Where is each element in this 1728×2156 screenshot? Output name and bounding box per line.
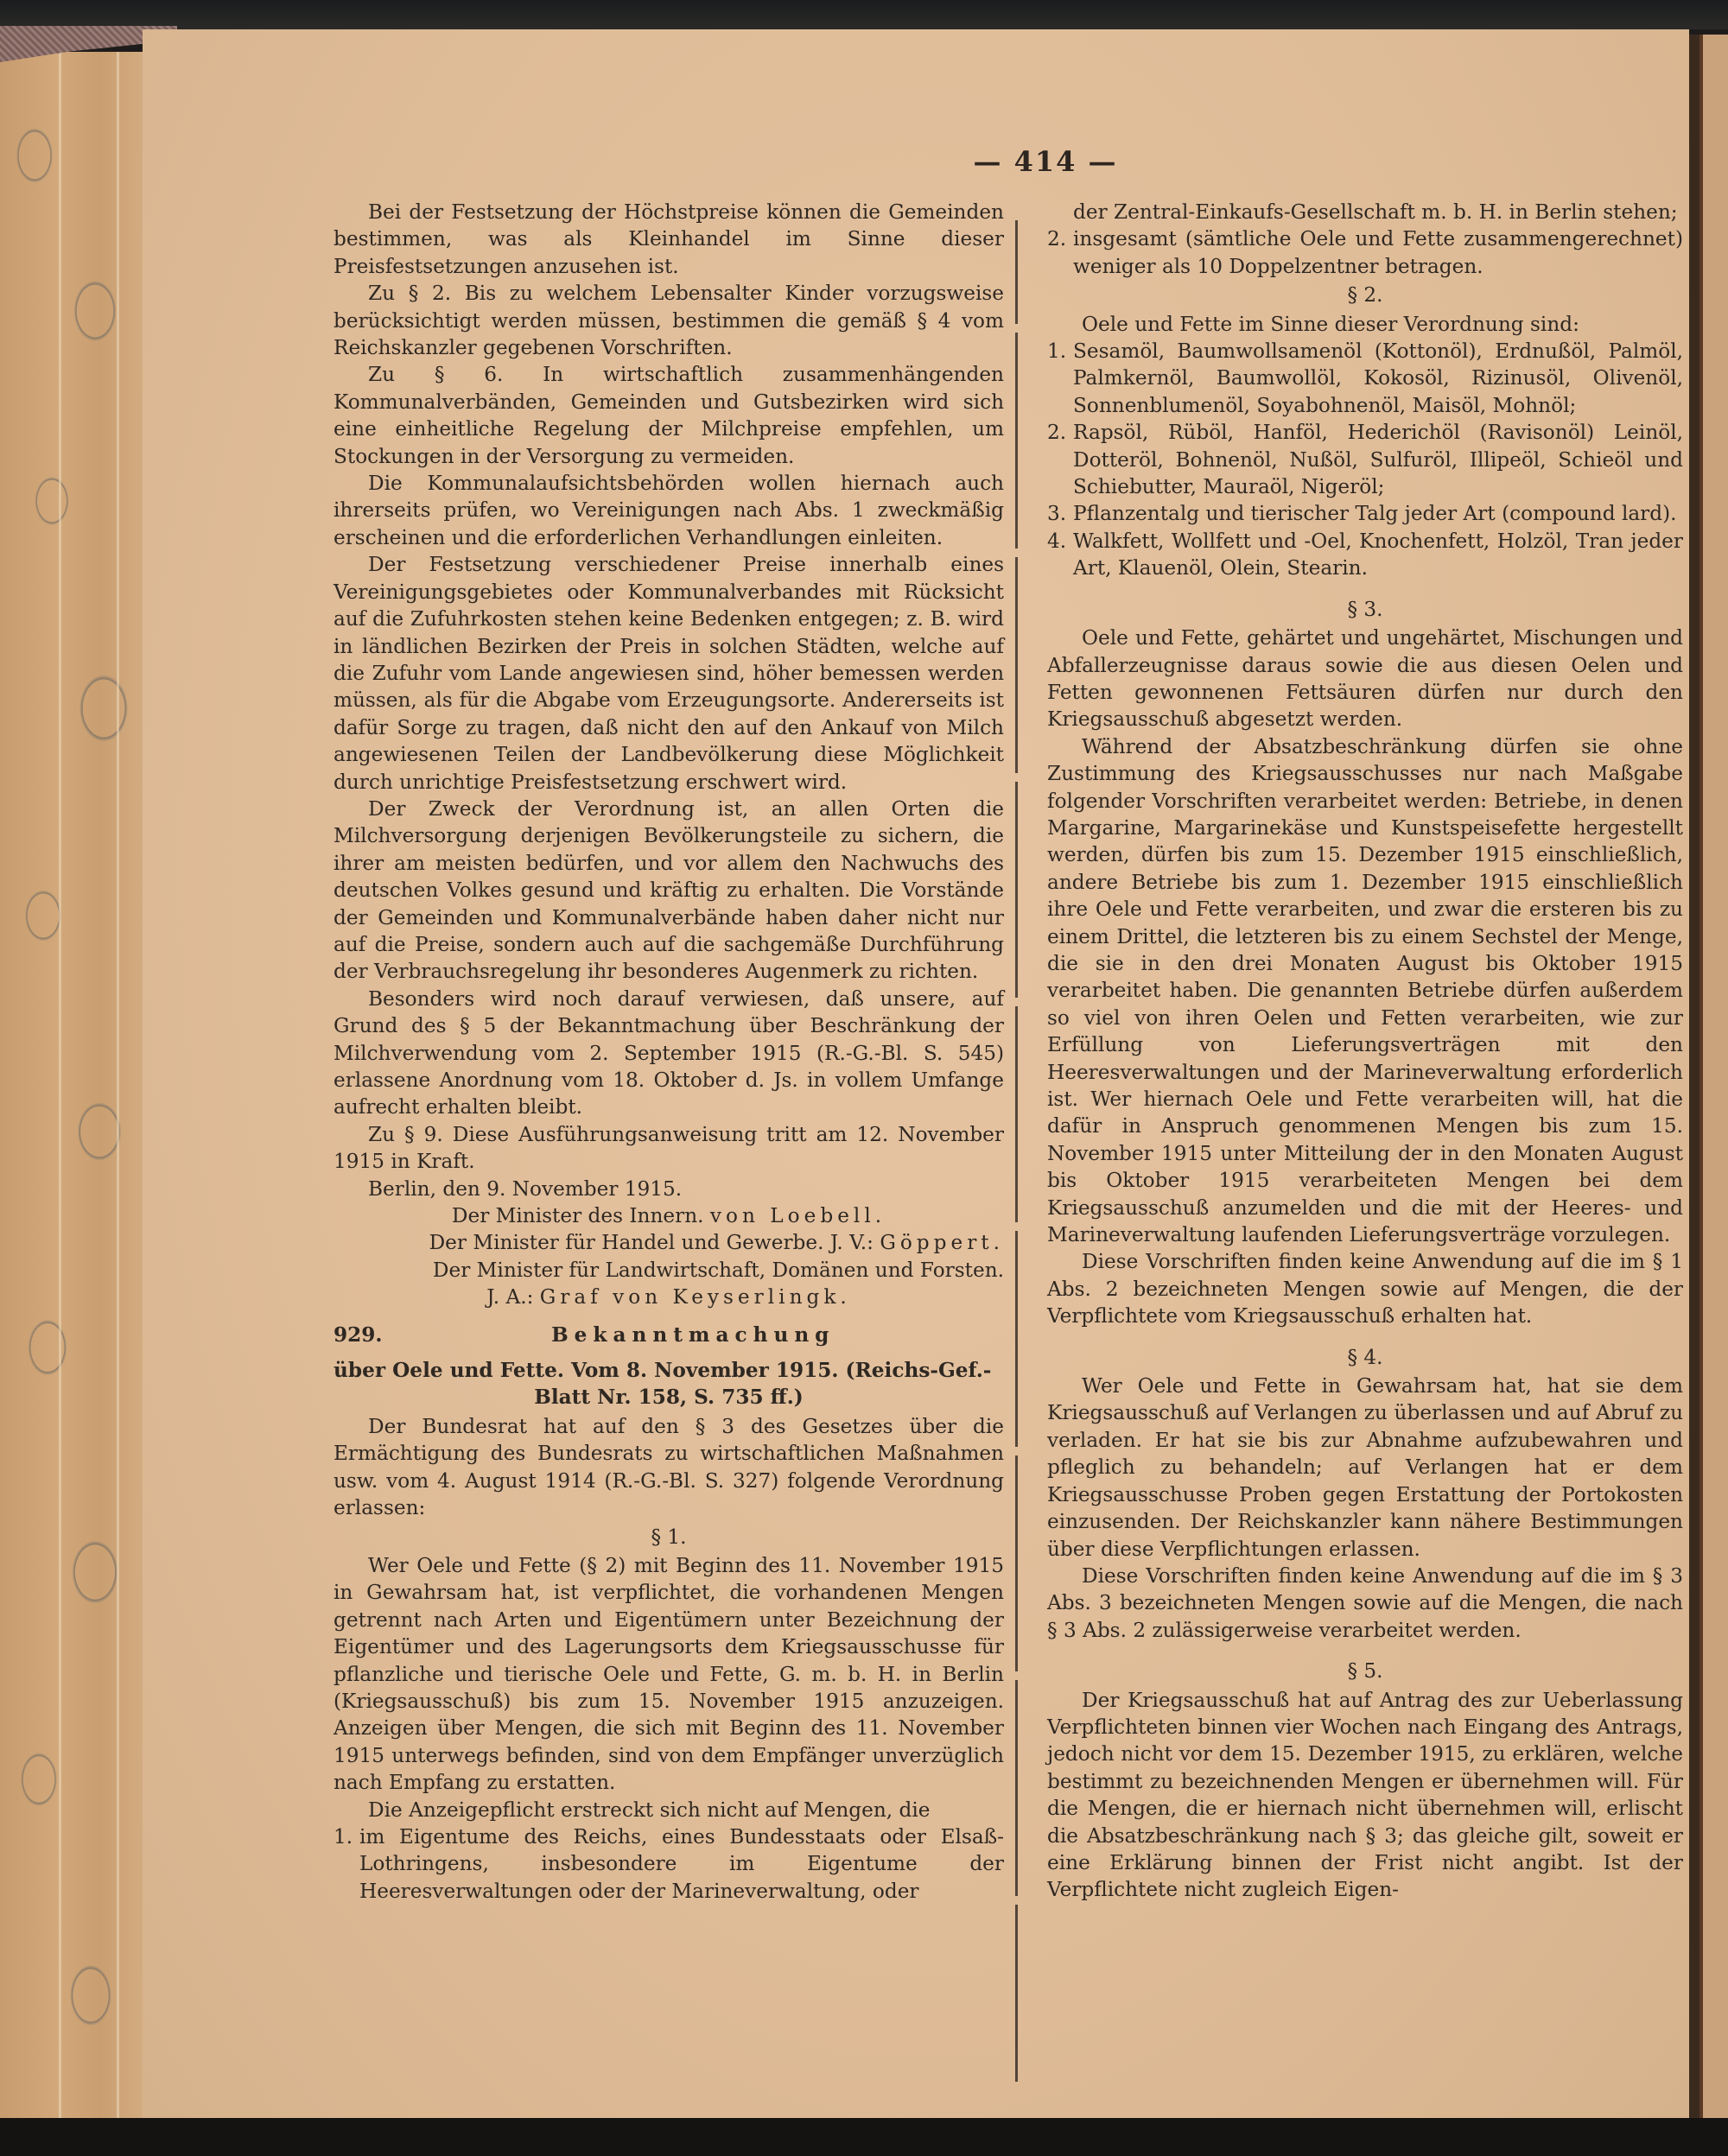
list-text: Pflanzentalg und tierischer Talg jeder A… bbox=[1073, 500, 1683, 527]
list-number: 2. bbox=[1047, 225, 1073, 280]
paragraph: Oele und Fette, gehärtet und ungehärtet,… bbox=[1047, 625, 1683, 733]
list-number: 4. bbox=[1047, 528, 1073, 582]
place-date: Berlin, den 9. November 1915. bbox=[334, 1176, 1004, 1202]
signature-title: Der Minister des Innern. bbox=[452, 1204, 704, 1227]
list-item: 4. Walkfett, Wollfett und -Oel, Knochenf… bbox=[1047, 528, 1683, 582]
notice-subtitle: über Oele und Fette. Vom 8. November 191… bbox=[334, 1357, 1004, 1384]
signature-title: J. A.: bbox=[486, 1285, 533, 1309]
paragraph: Die Kommunalaufsichtsbehörden wollen hie… bbox=[334, 470, 1004, 551]
signature-name: von Loebell. bbox=[710, 1204, 886, 1227]
signature-title: Der Minister für Handel und Gewerbe. J. … bbox=[429, 1231, 874, 1254]
list-number: 1. bbox=[1047, 338, 1073, 419]
section-heading: § 5. bbox=[1047, 1658, 1683, 1684]
notice-title: Bekanntmachung bbox=[382, 1322, 1004, 1348]
page-right-edge bbox=[1689, 35, 1728, 2118]
spacer bbox=[1047, 1644, 1683, 1656]
list-item: 3. Pflanzentalg und tierischer Talg jede… bbox=[1047, 500, 1683, 527]
right-column: der Zentral-Einkaufs-Gesellschaft m. b. … bbox=[1047, 199, 1683, 1904]
list-text: Sesamöl, Baumwollsamenöl (Kottonöl), Erd… bbox=[1073, 338, 1683, 419]
notice-number: 929. bbox=[334, 1322, 382, 1348]
left-column: Bei der Festsetzung der Höchstpreise kön… bbox=[334, 199, 1004, 1905]
list-number: 3. bbox=[1047, 500, 1073, 527]
signature-line: J. A.: Graf von Keyserlingk. bbox=[334, 1284, 1004, 1310]
section-heading: § 2. bbox=[1047, 282, 1683, 308]
paragraph: Der Zweck der Verordnung ist, an allen O… bbox=[334, 796, 1004, 986]
list-item: 2. Rapsöl, Rüböl, Hanföl, Hederichöl (Ra… bbox=[1047, 419, 1683, 500]
paragraph: Diese Vorschriften finden keine Anwendun… bbox=[1047, 1248, 1683, 1329]
book-top-edge bbox=[0, 0, 1728, 29]
list-item: 1. im Eigentume des Reichs, eines Bundes… bbox=[334, 1823, 1004, 1905]
preamble: Der Bundesrat hat auf den § 3 des Gesetz… bbox=[334, 1413, 1004, 1522]
paragraph: Diese Vorschriften finden keine Anwendun… bbox=[1047, 1563, 1683, 1644]
paragraph: Während der Absatzbeschränkung dürfen si… bbox=[1047, 733, 1683, 1249]
paragraph: Oele und Fette im Sinne dieser Verordnun… bbox=[1047, 311, 1683, 338]
section-heading: § 3. bbox=[1047, 596, 1683, 623]
section-heading: § 1. bbox=[334, 1524, 1004, 1550]
list-number: 2. bbox=[1047, 419, 1073, 500]
signature-line: Der Minister des Innern. von Loebell. bbox=[334, 1202, 1004, 1229]
spacer bbox=[1047, 1330, 1683, 1342]
list-number-spacer bbox=[1047, 199, 1073, 225]
list-item-continuation: der Zentral-Einkaufs-Gesellschaft m. b. … bbox=[1047, 199, 1683, 225]
list-text: Rapsöl, Rüböl, Hanföl, Hederichöl (Ravis… bbox=[1073, 419, 1683, 500]
spacer bbox=[1047, 582, 1683, 594]
paragraph: Die Anzeigepflicht erstreckt sich nicht … bbox=[334, 1797, 1004, 1823]
signature-title: Der Minister für Landwirtschaft, Domänen… bbox=[433, 1259, 1004, 1282]
paragraph: Zu § 6. In wirtschaftlich zusammenhängen… bbox=[334, 361, 1004, 470]
list-text: im Eigentume des Reichs, eines Bundessta… bbox=[359, 1823, 1004, 1905]
list-text: der Zentral-Einkaufs-Gesellschaft m. b. … bbox=[1073, 199, 1683, 225]
paragraph: Wer Oele und Fette (§ 2) mit Beginn des … bbox=[334, 1552, 1004, 1797]
book-bottom-edge bbox=[0, 2118, 1728, 2156]
paragraph: Wer Oele und Fette in Gewahrsam hat, hat… bbox=[1047, 1373, 1683, 1563]
column-divider bbox=[1015, 220, 1018, 2082]
section-heading: § 4. bbox=[1047, 1344, 1683, 1371]
paragraph: Der Festsetzung verschiedener Preise inn… bbox=[334, 551, 1004, 796]
binding-crease bbox=[59, 52, 61, 2125]
list-item: 2. insgesamt (sämtliche Oele und Fette z… bbox=[1047, 225, 1683, 280]
list-item: 1. Sesamöl, Baumwollsamenöl (Kottonöl), … bbox=[1047, 338, 1683, 419]
signature-name: Graf von Keyserlingk. bbox=[540, 1285, 851, 1309]
list-text: Walkfett, Wollfett und -Oel, Knochenfett… bbox=[1073, 528, 1683, 582]
paragraph: Zu § 9. Diese Ausführungsanweisung tritt… bbox=[334, 1121, 1004, 1176]
binding-crease bbox=[117, 52, 119, 2125]
list-number: 1. bbox=[334, 1823, 359, 1905]
marbled-binding bbox=[0, 52, 143, 2125]
signature-line: Der Minister für Landwirtschaft, Domänen… bbox=[334, 1257, 1004, 1284]
paragraph: Bei der Festsetzung der Höchstpreise kön… bbox=[334, 199, 1004, 280]
signature-line: Der Minister für Handel und Gewerbe. J. … bbox=[334, 1229, 1004, 1256]
notice-subtitle: Blatt Nr. 158, S. 735 ff.) bbox=[334, 1384, 1004, 1411]
list-text: insgesamt (sämtliche Oele und Fette zusa… bbox=[1073, 225, 1683, 280]
page-number: — 414 — bbox=[933, 145, 1158, 178]
signature-name: Göppert. bbox=[880, 1231, 1004, 1254]
paragraph: Der Kriegsausschuß hat auf Antrag des zu… bbox=[1047, 1687, 1683, 1904]
notice-heading: 929. Bekanntmachung bbox=[334, 1322, 1004, 1348]
paragraph: Besonders wird noch darauf verwiesen, da… bbox=[334, 986, 1004, 1121]
paragraph: Zu § 2. Bis zu welchem Lebensalter Kinde… bbox=[334, 280, 1004, 361]
